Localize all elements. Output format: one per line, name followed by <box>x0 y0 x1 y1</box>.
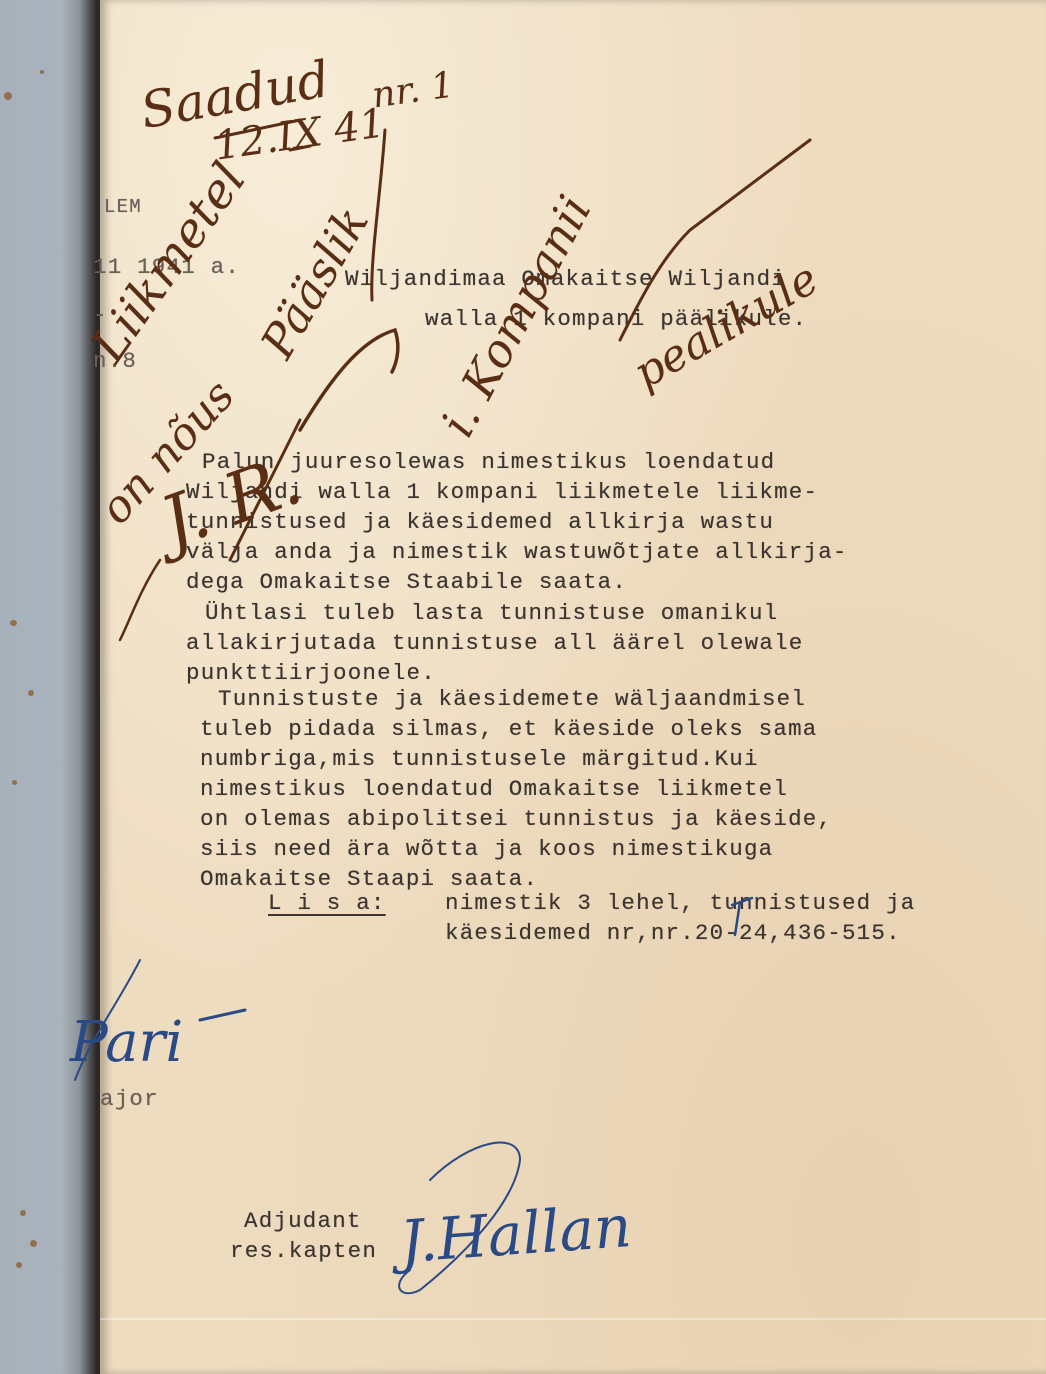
body-p3-line-4: nimestikus loendatud Omakaitse liikmetel <box>200 776 788 802</box>
body-p3-line-6: siis need ära wõtta ja koos nimestikuga <box>200 836 773 862</box>
body-p2-line-1: Ühtlasi tuleb lasta tunnistuse omanikul <box>205 600 778 626</box>
stain-spot <box>30 1240 37 1247</box>
paper-fold-line <box>100 1318 1046 1320</box>
stain-spot <box>12 780 17 785</box>
body-p2-line-3: punkttiirjoonele. <box>186 660 436 686</box>
org-name-fragment: LEM <box>104 196 142 218</box>
adjutant-title: Adjudant <box>244 1208 362 1234</box>
body-p1-line-5: dega Omakaitse Staabile saata. <box>186 569 627 595</box>
stain-spot <box>16 1262 22 1268</box>
adjutant-rank: res.kapten <box>230 1238 377 1264</box>
stain-spot <box>20 1210 26 1216</box>
attachment-line-2: käesidemed nr,nr.20-24,436-515. <box>445 920 901 946</box>
background-surface <box>0 0 110 1374</box>
signature-first: Pari <box>70 1010 183 1075</box>
body-p3-line-7: Omakaitse Staapi saata. <box>200 866 538 892</box>
body-p3-line-2: tuleb pidada silmas, et käeside oleks sa… <box>200 716 818 742</box>
body-p2-line-2: allakirjutada tunnistuse all äärel olewa… <box>186 630 804 656</box>
stain-spot <box>4 92 12 100</box>
rank-fragment: ajor <box>100 1086 159 1112</box>
body-p3-line-3: numbriga,mis tunnistusele märgitud.Kui <box>200 746 759 772</box>
attachment-label: L i s a: <box>268 890 386 916</box>
body-p3-line-5: on olemas abipolitsei tunnistus ja käesi… <box>200 806 832 832</box>
body-p1-line-4: välja anda ja nimestik wastuwõtjate allk… <box>186 539 848 565</box>
stain-spot <box>10 620 17 626</box>
body-p3-line-1: Tunnistuste ja käesidemete wäljaandmisel <box>218 686 806 712</box>
stain-spot <box>28 690 34 696</box>
attachment-line-1: nimestik 3 lehel, tunnistused ja <box>445 890 915 916</box>
stain-spot <box>40 70 44 74</box>
